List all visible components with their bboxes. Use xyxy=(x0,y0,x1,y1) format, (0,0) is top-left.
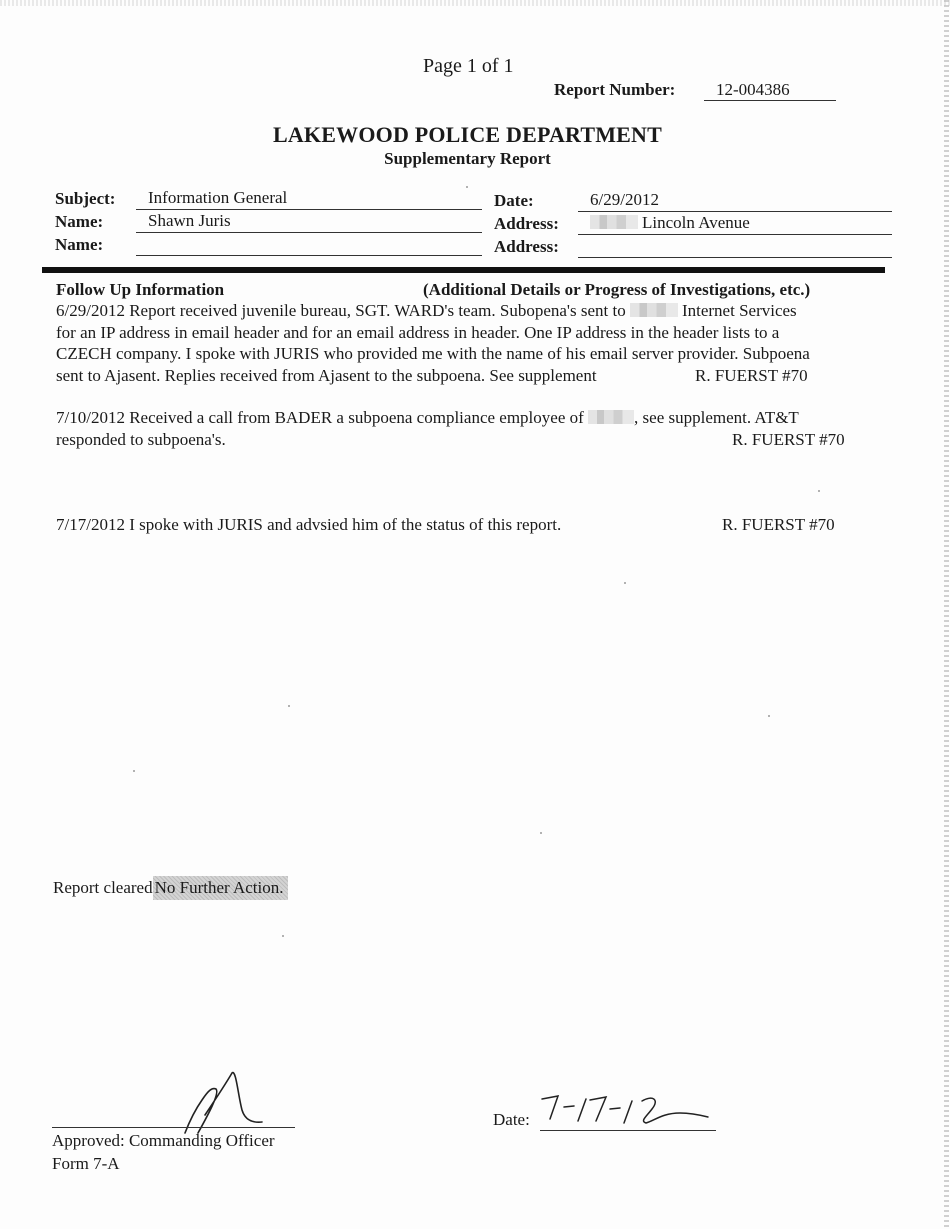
entry-line: sent to Ajasent. Replies received from A… xyxy=(56,365,886,387)
follow-up-title: Follow Up Information xyxy=(56,280,224,300)
officer-signature: R. FUERST #70 xyxy=(695,365,808,387)
name-label-2: Name: xyxy=(55,235,103,255)
scan-speck xyxy=(768,715,770,717)
subject-field: Information General xyxy=(136,188,482,210)
scan-speck xyxy=(540,832,542,834)
department-title: LAKEWOOD POLICE DEPARTMENT xyxy=(0,122,935,148)
report-number: 12-004386 xyxy=(704,80,836,101)
approved-label: Approved: Commanding Officer xyxy=(52,1131,275,1151)
scan-speck xyxy=(282,935,284,937)
follow-up-subtitle: (Additional Details or Progress of Inves… xyxy=(423,280,810,300)
name-field-2 xyxy=(136,234,482,256)
address-text-1: Lincoln Avenue xyxy=(642,213,750,232)
signature-scribble xyxy=(150,1065,290,1140)
address-field-1: Lincoln Avenue xyxy=(578,213,892,235)
cleared-status-highlighted: No Further Action. xyxy=(153,876,288,900)
scan-speck xyxy=(624,582,626,584)
redaction-block xyxy=(588,410,634,424)
entry-line: responded to subpoena's.R. FUERST #70 xyxy=(56,429,886,451)
entry-line: for an IP address in email header and fo… xyxy=(56,322,886,344)
report-cleared: Report clearedNo Further Action. xyxy=(53,878,288,898)
page-indicator: Page 1 of 1 xyxy=(423,55,514,78)
name-label-1: Name: xyxy=(55,212,103,232)
scan-speck xyxy=(288,705,290,707)
scan-artifact-top xyxy=(0,0,950,6)
entry-line: 7/10/2012 Received a call from BADER a s… xyxy=(56,407,886,429)
scan-speck xyxy=(818,490,820,492)
date-field: 6/29/2012 xyxy=(578,190,892,212)
follow-up-entry-1: 6/29/2012 Report received juvenile burea… xyxy=(56,300,886,386)
redaction-block xyxy=(590,215,638,229)
entry-line: 7/17/2012 I spoke with JURIS and advsied… xyxy=(56,514,886,536)
scan-artifact-right xyxy=(944,0,949,1229)
section-divider xyxy=(42,267,885,273)
name-field-1: Shawn Juris xyxy=(136,211,482,233)
address-field-2 xyxy=(578,236,892,258)
redaction-block xyxy=(630,303,678,317)
scan-speck xyxy=(466,186,468,188)
officer-signature: R. FUERST #70 xyxy=(722,514,835,536)
cleared-prefix: Report cleared xyxy=(53,878,153,897)
entry-text: Internet Services xyxy=(682,301,797,320)
entry-line: CZECH company. I spoke with JURIS who pr… xyxy=(56,343,886,365)
entry-text: 7/17/2012 I spoke with JURIS and advsied… xyxy=(56,515,561,534)
entry-text: , see supplement. AT&T xyxy=(634,408,799,427)
follow-up-entry-3: 7/17/2012 I spoke with JURIS and advsied… xyxy=(56,514,886,536)
address-label-1: Address: xyxy=(494,214,559,234)
approval-date-label: Date: xyxy=(493,1110,530,1130)
report-number-label: Report Number: xyxy=(554,80,675,100)
entry-text: responded to subpoena's. xyxy=(56,430,226,449)
handwritten-date: 7-17-12 xyxy=(530,1085,730,1135)
form-id: Form 7-A xyxy=(52,1154,120,1174)
report-type: Supplementary Report xyxy=(0,149,935,169)
address-label-2: Address: xyxy=(494,237,559,257)
date-label: Date: xyxy=(494,191,534,211)
subject-label: Subject: xyxy=(55,189,115,209)
signature-line xyxy=(52,1127,295,1128)
entry-text: 6/29/2012 Report received juvenile burea… xyxy=(56,301,630,320)
scan-speck xyxy=(133,770,135,772)
entry-text: sent to Ajasent. Replies received from A… xyxy=(56,366,597,385)
entry-line: 6/29/2012 Report received juvenile burea… xyxy=(56,300,886,322)
officer-signature: R. FUERST #70 xyxy=(732,429,845,451)
entry-text: 7/10/2012 Received a call from BADER a s… xyxy=(56,408,588,427)
follow-up-entry-2: 7/10/2012 Received a call from BADER a s… xyxy=(56,407,886,450)
